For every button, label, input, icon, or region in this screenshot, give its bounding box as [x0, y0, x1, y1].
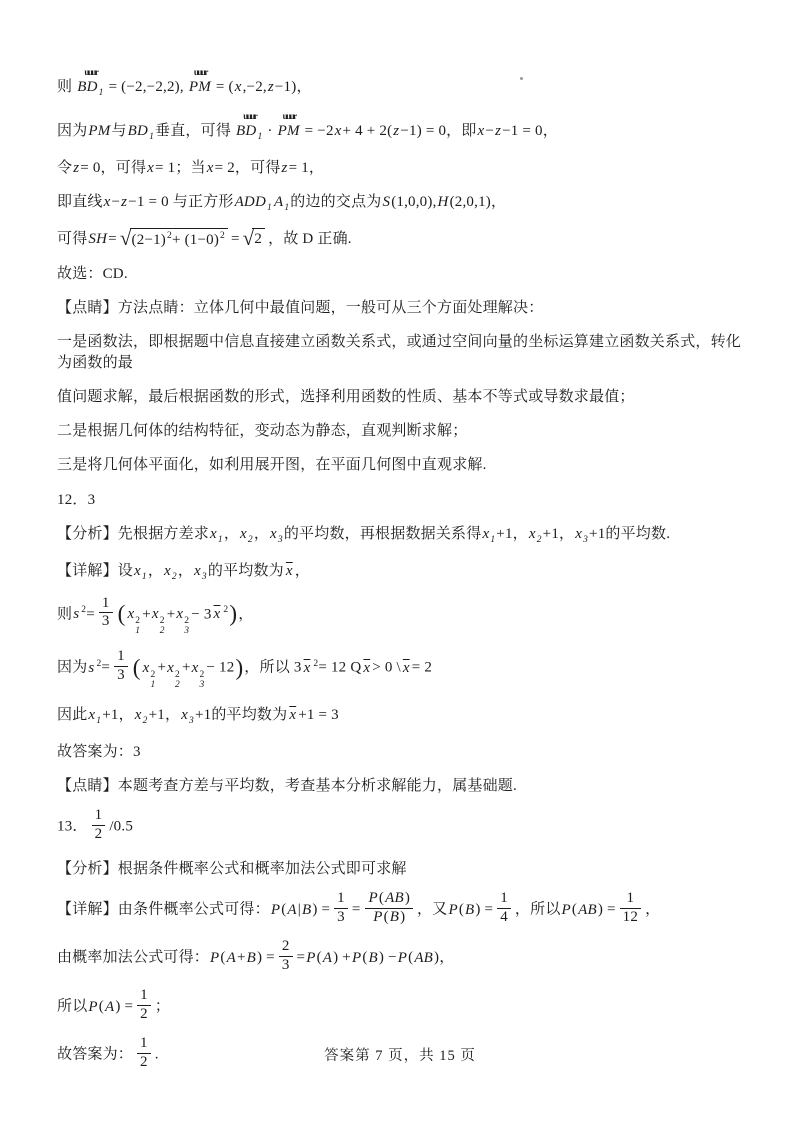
text-run: =	[101, 660, 110, 676]
math-variable: SH	[88, 231, 107, 247]
subscript: 3	[189, 716, 194, 726]
vector-body: BD1	[76, 79, 104, 95]
sub-sup-stack: 23	[199, 671, 204, 691]
sub-sup-stack: 23	[184, 617, 189, 637]
big-paren: (	[133, 655, 141, 680]
text-run: 【点睛】本题考查方差与平均数，考查基本分析求解能力，属基础题.	[57, 778, 517, 794]
vector-expression: uuurBD1	[76, 70, 104, 100]
vector-body: PM	[277, 123, 301, 139]
radical: √2	[243, 228, 265, 249]
q12-final-answer-line: 故答案为：3	[57, 742, 746, 762]
stray-ink-mark	[520, 77, 523, 80]
text-run: ) =	[475, 902, 493, 918]
dianjing-method-line: 【点睛】方法点睛：立体几何中最值问题，一般可从三个方面处理解决：	[57, 298, 746, 318]
text-run: =	[108, 231, 117, 247]
text-run: 的平均数为	[208, 563, 284, 579]
text-run: 因为	[57, 123, 87, 139]
math-variable: P	[352, 950, 361, 966]
method-one-line-a: 一是函数法，即根据题中信息直接建立函数关系式，或通过空间向量的坐标运算建立函数关…	[57, 332, 746, 373]
math-variable: BD	[77, 79, 97, 95]
subscript: 1	[99, 88, 104, 98]
text-run: +	[157, 660, 166, 676]
big-paren: )	[229, 601, 237, 626]
method-two-line: 二是根据几何体的结构特征，变动态为静态，直观判断求解；	[57, 421, 746, 441]
math-variable: x	[478, 123, 485, 139]
math-variable: P	[448, 902, 457, 918]
text-run: 二是根据几何体的结构特征，变动态为静态，直观判断求解；	[57, 423, 467, 439]
text-run: +	[237, 950, 246, 966]
q13-analysis-line: 【分析】根据条件概率公式和概率加法公式即可求解	[57, 859, 746, 879]
subscript: 3	[202, 572, 207, 582]
math-variable: x	[235, 79, 242, 95]
mean-result-line: 因此x1+1，x2+1，x3+1的平均数为x+1 = 3	[57, 705, 746, 728]
math-variable: S	[382, 194, 390, 210]
subscript: 1	[284, 203, 289, 213]
math-variable: AB	[578, 902, 597, 918]
math-variable: x	[207, 160, 214, 176]
math-variable: A	[274, 194, 283, 210]
text-run: (	[220, 950, 225, 966]
subscript: 2	[175, 681, 180, 691]
text-run: (	[384, 909, 389, 925]
text-run: 可得	[57, 231, 87, 247]
subscript: 1	[151, 681, 156, 691]
text-run: (2,0,1)，	[450, 194, 507, 210]
text-run: ，	[254, 526, 269, 542]
math-variable: x	[529, 526, 536, 542]
math-variable: x	[164, 563, 171, 579]
text-run: 因此	[57, 707, 87, 723]
subscript: 1	[142, 572, 147, 582]
math-variable: x	[270, 526, 277, 542]
sub-sup-stack: 21	[151, 671, 156, 691]
text-run: (	[572, 902, 577, 918]
math-variable: x	[575, 526, 582, 542]
subscript: 2	[160, 627, 165, 637]
fraction-numerator: P(AB)	[365, 891, 414, 909]
text-run: 故选：CD.	[57, 266, 128, 282]
math-variable: z	[495, 123, 501, 139]
fraction: 23	[279, 939, 293, 974]
text-run: 2	[254, 231, 262, 247]
superscript: 2	[223, 605, 228, 615]
text-run: = −2	[305, 123, 334, 139]
fraction-numerator: 1	[334, 891, 348, 909]
q12-analysis-line: 【分析】先根据方差求x1，x2，x3的平均数，再根据数据关系得x1+1，x2+1…	[57, 524, 746, 547]
math-variable: z	[268, 79, 274, 95]
text-run: + 4 + 2(	[343, 123, 393, 139]
page-footer-text: 答案第 7 页，共 15 页	[324, 1048, 476, 1064]
text-run: (1,0,0),	[391, 194, 436, 210]
text-run: ，	[178, 563, 193, 579]
math-variable: B	[390, 909, 399, 925]
text-run: 【点睛】方法点睛：立体几何中最值问题，一般可从三个方面处理解决：	[57, 300, 543, 316]
q12-answer-line: 12．3	[57, 490, 746, 510]
text-run: +1的平均数为	[195, 707, 287, 723]
vector-expression: uuurPM	[188, 70, 212, 97]
text-run: (2−1)	[132, 232, 166, 248]
math-variable: x	[147, 160, 154, 176]
text-run: = 1；当	[155, 160, 206, 176]
text-run: ·	[267, 123, 272, 139]
fraction-numerator: 1	[114, 649, 128, 667]
math-variable: z	[73, 160, 79, 176]
big-paren: (	[118, 601, 126, 626]
subscript: 1	[149, 132, 154, 142]
subscript: 3	[199, 681, 204, 691]
text-run: (	[408, 950, 413, 966]
fraction: 12	[92, 808, 106, 843]
math-variable: P	[373, 909, 382, 925]
fraction-denominator: 2	[137, 1006, 151, 1023]
text-run: 因为	[57, 660, 87, 676]
text-run: 则	[57, 79, 72, 95]
text-run: 【分析】先根据方差求	[57, 526, 209, 542]
text-run: ) −	[379, 950, 397, 966]
text-run: =	[297, 950, 306, 966]
text-run: ，	[224, 526, 239, 542]
text-run: 【详解】由条件概率公式可得：	[57, 902, 270, 918]
text-run: −1 = 0 与正方形	[128, 194, 233, 210]
fraction-denominator: 3	[114, 667, 128, 684]
variance-formula-line: 则s2=13(x21+x22+x23− 3x2)，	[57, 598, 746, 638]
method-one-line-b: 值问题求解，最后根据函数的形式，选择利用函数的性质、基本不等式或导数求最值；	[57, 387, 746, 407]
text-run: −1) = 0，即	[400, 123, 476, 139]
fraction: 112	[620, 891, 641, 926]
overline-variable: x	[403, 660, 410, 676]
sub-sup-stack: 22	[175, 671, 180, 691]
text-run: ，故 D 正确.	[268, 231, 352, 247]
overline-variable: x	[289, 707, 296, 723]
text-run: 的边的交点为	[290, 194, 381, 210]
text-run: + (1−0)	[172, 232, 219, 248]
text-run: 【分析】根据条件概率公式和概率加法公式即可求解	[57, 861, 407, 877]
variance-solve-line: 因为s2=13(x21+x22+x23− 12)，所以 3x2= 12 Qx> …	[57, 651, 746, 691]
text-run: ，所以 3	[244, 660, 301, 676]
text-run: ，	[645, 902, 660, 918]
overline-variable: x	[214, 606, 221, 622]
text-run: =	[352, 902, 361, 918]
math-variable: s	[88, 660, 94, 676]
fraction-numerator: 1	[620, 891, 641, 909]
subscript: 1	[490, 535, 495, 545]
text-run: ，	[238, 606, 253, 622]
text-run: ) =	[257, 950, 275, 966]
subscript: 1	[96, 716, 101, 726]
math-variable: B	[302, 902, 311, 918]
math-variable: x	[135, 707, 142, 723]
answer-cd-line: 故选：CD.	[57, 264, 746, 284]
fraction: 13	[99, 596, 113, 631]
text-run: −1 = 0，	[502, 123, 558, 139]
vector-body: PM	[188, 79, 212, 95]
fraction-numerator: 2	[279, 939, 293, 957]
overline-variable: x	[286, 563, 293, 579]
math-variable: x	[210, 526, 217, 542]
fraction-denominator: 3	[279, 957, 293, 974]
math-variable: x	[127, 606, 134, 622]
math-variable: s	[73, 606, 79, 622]
q12-detail-setup-line: 【详解】设x1，x2，x3的平均数为x，	[57, 561, 746, 584]
q13-pa-result-line: 所以P(A) =12；	[57, 990, 746, 1025]
q13-answer-line: 13．12/0.5	[57, 810, 746, 845]
math-variable: A	[323, 950, 332, 966]
q13-addition-formula-line: 由概率加法公式可得：P(A+B) =23=P(A) +P(B) −P(AB)，	[57, 941, 746, 976]
text-run: − 12	[206, 660, 234, 676]
math-variable: x	[482, 526, 489, 542]
text-run: > 0 \	[372, 660, 401, 676]
text-run: ) +	[333, 950, 351, 966]
intersection-points-line: 即直线x−z−1 = 0 与正方形ADD1A1的边的交点为S(1,0,0),H(…	[57, 192, 746, 215]
subscript: 2	[537, 535, 542, 545]
text-run: 值问题求解，最后根据函数的形式，选择利用函数的性质、基本不等式或导数求最值；	[57, 389, 635, 405]
math-variable: B	[369, 950, 378, 966]
text-run: ，	[148, 563, 163, 579]
math-variable: H	[438, 194, 449, 210]
sh-length-line: 可得SH=√(2−1)2+ (1−0)2=√2，故 D 正确.	[57, 229, 746, 250]
text-run: = (	[216, 79, 234, 95]
math-variable: x	[194, 563, 201, 579]
math-variable: A	[227, 950, 236, 966]
text-run: −1)，	[275, 79, 312, 95]
math-variable: P	[562, 902, 571, 918]
text-run: 所以	[57, 999, 87, 1015]
text-run: (	[317, 950, 322, 966]
vector-definition-line: 则uuurBD1= (−2,−2,2),uuurPM= (x,−2,z−1)，	[57, 70, 746, 100]
math-variable: A	[287, 902, 296, 918]
big-paren: )	[235, 655, 243, 680]
text-run: (	[459, 902, 464, 918]
math-variable: x	[88, 707, 95, 723]
text-run: = 2	[412, 660, 432, 676]
method-three-line: 三是将几何体平面化，如利用展开图，在平面几何图中直观求解.	[57, 455, 746, 475]
vector-expression: uuurPM	[277, 114, 301, 141]
math-variable: ADD	[235, 194, 266, 210]
subscript: 1	[257, 132, 262, 142]
text-run: ，所以	[515, 902, 561, 918]
text-run: +1，	[102, 707, 134, 723]
text-run: 【详解】设	[57, 563, 133, 579]
text-run: )	[405, 890, 410, 906]
vector-body: BD1	[235, 123, 263, 139]
vector-arrow-icon: uuur	[77, 68, 104, 76]
text-run: (	[281, 902, 286, 918]
fraction-denominator: 2	[92, 826, 106, 843]
q13-conditional-probability-line: 【详解】由条件概率公式可得：P(A|B) =13=P(AB)P(B)，又P(B)…	[57, 893, 746, 928]
text-run: 故答案为：3	[57, 744, 141, 760]
text-run: +	[167, 606, 176, 622]
text-run: 令	[57, 160, 72, 176]
text-run: = 12 Q	[318, 660, 361, 676]
math-variable: P	[398, 950, 407, 966]
text-run: =	[86, 606, 95, 622]
overline-variable: x	[363, 660, 370, 676]
text-run: = 1，	[289, 160, 325, 176]
math-variable: x	[240, 526, 247, 542]
text-run: /0.5	[109, 819, 133, 835]
text-run: (	[362, 950, 367, 966]
text-run: 与	[111, 123, 126, 139]
text-run: ,−2,	[243, 79, 267, 95]
subscript: 2	[143, 716, 148, 726]
math-variable: P	[210, 950, 219, 966]
text-run: )，	[434, 950, 454, 966]
radical: √(2−1)2+ (1−0)2	[120, 228, 228, 249]
subscript: 2	[172, 572, 177, 582]
sub-sup-stack: 22	[160, 617, 165, 637]
q12-dianjing-line: 【点睛】本题考查方差与平均数，考查基本分析求解能力，属基础题.	[57, 776, 746, 796]
perpendicular-condition-line: 因为PM与BD1垂直，可得uuurBD1·uuurPM= −2x+ 4 + 2(…	[57, 114, 746, 144]
text-run: 一是函数法，即根据题中信息直接建立函数关系式，或通过空间向量的坐标运算建立函数关…	[57, 334, 741, 370]
text-run: 三是将几何体平面化，如利用展开图，在平面几何图中直观求解.	[57, 457, 487, 473]
math-variable: P	[306, 950, 315, 966]
math-variable: BD	[236, 123, 256, 139]
fraction-numerator: 1	[497, 891, 511, 909]
math-variable: x	[192, 660, 199, 676]
vector-expression: uuurBD1	[235, 114, 263, 144]
radical-body: 2	[252, 228, 265, 248]
fraction-numerator: 1	[92, 808, 106, 826]
content-lines: 则uuurBD1= (−2,−2,2),uuurPM= (x,−2,z−1)，因…	[57, 70, 746, 1073]
math-variable: AB	[414, 950, 433, 966]
text-run: 即直线	[57, 194, 103, 210]
math-variable: BD	[128, 123, 148, 139]
fraction-denominator: 3	[99, 613, 113, 630]
fraction-denominator: 4	[497, 909, 511, 926]
vector-arrow-icon: uuur	[189, 68, 212, 76]
subscript: 1	[135, 627, 140, 637]
text-run: 由概率加法公式可得：	[57, 950, 209, 966]
sub-sup-stack: 21	[135, 617, 140, 637]
radical-body: (2−1)2+ (1−0)2	[130, 228, 228, 249]
math-variable: B	[247, 950, 256, 966]
fraction: P(AB)P(B)	[365, 891, 414, 926]
math-variable: z	[121, 194, 127, 210]
math-variable: x	[134, 563, 141, 579]
fraction-denominator: 12	[620, 909, 641, 926]
math-variable: z	[393, 123, 399, 139]
fraction-numerator: 1	[137, 988, 151, 1006]
text-run: = 2，可得	[215, 160, 281, 176]
solve-z-line: 令z= 0，可得x= 1；当x= 2，可得z= 1，	[57, 158, 746, 178]
math-variable: x	[335, 123, 342, 139]
text-run: = 0，可得	[80, 160, 146, 176]
fraction-numerator: 1	[99, 596, 113, 614]
math-variable: PM	[88, 123, 110, 139]
page-footer: 答案第 7 页，共 15 页	[0, 1044, 800, 1065]
subscript: 1	[218, 535, 223, 545]
text-run: +	[142, 606, 151, 622]
text-run: ，	[295, 563, 310, 579]
math-variable: x	[143, 660, 150, 676]
math-variable: P	[271, 902, 280, 918]
superscript: 2	[220, 231, 225, 241]
text-run: +1 = 3	[298, 707, 339, 723]
math-variable: PM	[278, 123, 300, 139]
text-run: +1，	[496, 526, 528, 542]
subscript: 1	[267, 203, 272, 213]
text-run: +1，	[149, 707, 181, 723]
math-variable: P	[369, 890, 378, 906]
text-run: |	[298, 902, 301, 918]
fraction: 13	[114, 649, 128, 684]
text-run: +	[182, 660, 191, 676]
fraction-denominator: 3	[334, 909, 348, 926]
fraction: 12	[137, 988, 151, 1023]
subscript: 3	[184, 627, 189, 637]
math-variable: A	[105, 999, 114, 1015]
subscript: 3	[583, 535, 588, 545]
text-run: 则	[57, 606, 72, 622]
text-run: ；	[155, 999, 170, 1015]
math-variable: P	[88, 999, 97, 1015]
text-run: ) =	[312, 902, 330, 918]
subscript: 3	[278, 535, 283, 545]
text-run: )	[400, 909, 405, 925]
text-run: −	[111, 194, 120, 210]
text-run: ) =	[598, 902, 616, 918]
subscript: 2	[248, 535, 253, 545]
math-variable: x	[152, 606, 159, 622]
math-variable: x	[176, 606, 183, 622]
text-run: =	[231, 231, 240, 247]
vector-arrow-icon: uuur	[236, 112, 263, 120]
math-variable: AB	[385, 890, 404, 906]
text-run: − 3	[191, 606, 211, 622]
vector-arrow-icon: uuur	[278, 112, 301, 120]
fraction: 14	[497, 891, 511, 926]
text-run: 垂直，可得	[155, 123, 231, 139]
text-run: +1，	[543, 526, 575, 542]
text-run: +1的平均数.	[589, 526, 670, 542]
text-run: = (−2,−2,2),	[109, 79, 184, 95]
math-variable: PM	[189, 79, 211, 95]
overline-variable: x	[304, 660, 311, 676]
text-run: 12．3	[57, 492, 95, 508]
text-run: −	[485, 123, 494, 139]
answer-sheet-page: 则uuurBD1= (−2,−2,2),uuurPM= (x,−2,z−1)，因…	[0, 0, 800, 1131]
math-variable: x	[104, 194, 111, 210]
text-run: 13．	[57, 819, 88, 835]
text-run: ，又	[417, 902, 447, 918]
fraction-denominator: P(B)	[365, 909, 414, 926]
math-variable: x	[167, 660, 174, 676]
math-variable: x	[181, 707, 188, 723]
fraction: 13	[334, 891, 348, 926]
text-run: 的平均数，再根据数据关系得	[284, 526, 482, 542]
math-variable: z	[282, 160, 288, 176]
text-run: (	[99, 999, 104, 1015]
text-run: (	[379, 890, 384, 906]
math-variable: B	[465, 902, 474, 918]
text-run: ) =	[115, 999, 133, 1015]
